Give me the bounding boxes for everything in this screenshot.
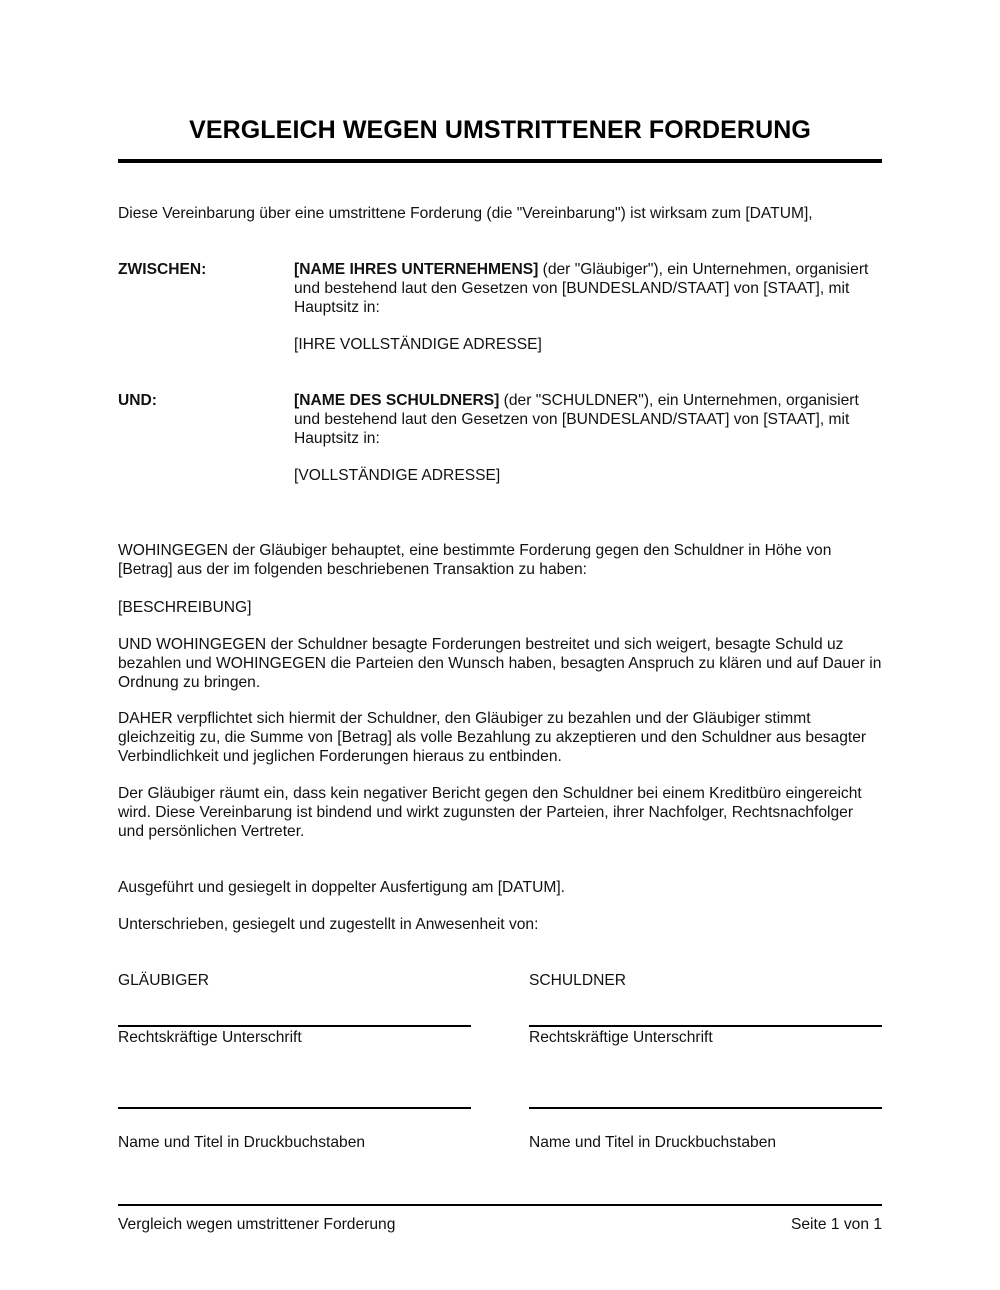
footer-document-title: Vergleich wegen umstrittener Forderung: [118, 1215, 395, 1234]
signature-party-label: GLÄUBIGER: [118, 971, 209, 990]
party-name: [NAME IHRES UNTERNEHMENS]: [294, 261, 538, 278]
document-page: VERGLEICH WEGEN UMSTRITTENER FORDERUNG D…: [118, 0, 882, 1290]
executed-paragraph: Ausgeführt und gesiegelt in doppelter Au…: [118, 878, 882, 897]
printed-name-caption: Name und Titel in Druckbuchstaben: [529, 1133, 776, 1152]
credit-report-paragraph: Der Gläubiger räumt ein, dass kein negat…: [118, 784, 882, 841]
party-label: UND:: [118, 391, 157, 410]
footer-divider: [118, 1204, 882, 1206]
document-title: VERGLEICH WEGEN UMSTRITTENER FORDERUNG: [118, 116, 882, 145]
party-address: [IHRE VOLLSTÄNDIGE ADRESSE]: [294, 335, 884, 354]
signature-caption: Rechtskräftige Unterschrift: [118, 1028, 302, 1047]
printed-name-caption: Name und Titel in Druckbuchstaben: [118, 1133, 365, 1152]
therefore-paragraph: DAHER verpflichtet sich hiermit der Schu…: [118, 709, 882, 766]
party-name: [NAME DES SCHULDNERS]: [294, 392, 499, 409]
whereas-claim-paragraph: WOHINGEGEN der Gläubiger behauptet, eine…: [118, 541, 882, 579]
signature-line[interactable]: [118, 1025, 471, 1027]
party-label: ZWISCHEN:: [118, 260, 206, 279]
signature-line[interactable]: [529, 1025, 882, 1027]
signature-caption: Rechtskräftige Unterschrift: [529, 1028, 713, 1047]
title-divider: [118, 159, 882, 163]
footer-page-number: Seite 1 von 1: [791, 1215, 882, 1234]
intro-paragraph: Diese Vereinbarung über eine umstrittene…: [118, 204, 882, 223]
party-description: [NAME IHRES UNTERNEHMENS] (der "Gläubige…: [294, 260, 884, 317]
signed-in-presence-paragraph: Unterschrieben, gesiegelt und zugestellt…: [118, 915, 882, 934]
printed-name-line[interactable]: [529, 1107, 882, 1109]
party-address: [VOLLSTÄNDIGE ADRESSE]: [294, 466, 884, 485]
party-description: [NAME DES SCHULDNERS] (der "SCHULDNER"),…: [294, 391, 884, 448]
printed-name-line[interactable]: [118, 1107, 471, 1109]
whereas-dispute-paragraph: UND WOHINGEGEN der Schuldner besagte For…: [118, 635, 882, 692]
signature-party-label: SCHULDNER: [529, 971, 626, 990]
description-placeholder: [BESCHREIBUNG]: [118, 598, 882, 617]
